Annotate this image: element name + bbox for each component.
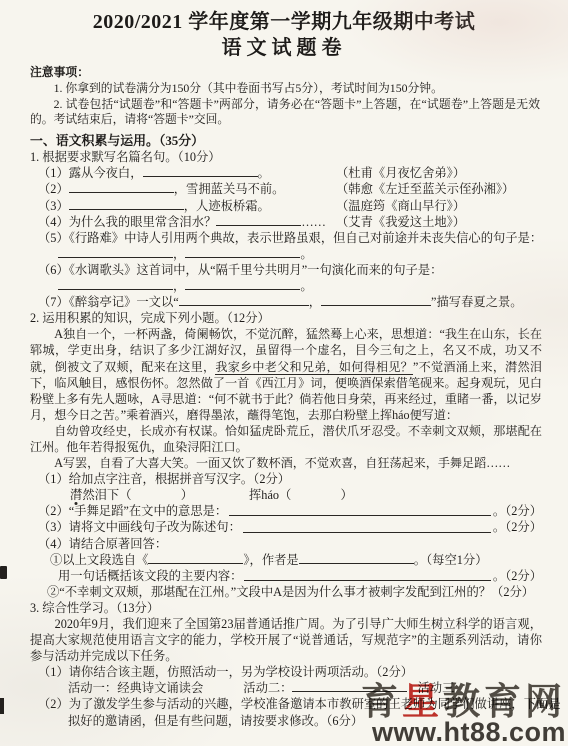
exam-paper-page: 2020/2021 学年度第一学期九年级期中考试 语文试题卷 注意事项： 1. …	[0, 0, 568, 746]
item-pre: （1）露从今夜白，	[38, 166, 143, 180]
answer-blank	[69, 198, 184, 210]
notice-heading: 注意事项：	[30, 65, 540, 81]
notice-block: 注意事项： 1. 你拿到的试卷满分为150分（其中卷面书写占5分），考试时间为1…	[30, 65, 540, 128]
dictation-item-5: （5）《行路难》中诗人引用两个典故，表示世路虽艰，但自己对前途并未丧失信心的句子…	[38, 230, 542, 246]
answer-blank	[321, 294, 431, 306]
paper-title-line2: 语文试题卷	[0, 35, 568, 62]
dictation-item-3: （3），人迹板桥霜。 （温庭筠《商山早行》）	[38, 198, 542, 214]
watermark-brand-star: 星	[402, 681, 443, 722]
site-watermark: 育星教育网 www.ht88.com	[361, 683, 566, 746]
item-pre: （3）请将文中画线句子改为陈述句：	[38, 519, 241, 535]
item-pre: 用一句话概括该文段的主要内容：	[58, 568, 242, 584]
answer-blank	[243, 532, 491, 533]
activity-2-label: 活动二：	[243, 681, 292, 695]
source-ref: （温庭筠《商山早行》）	[336, 198, 542, 214]
item-post: 。（2分）	[493, 568, 542, 584]
dictation-item-6: （6）《水调歌头》这首词中，从“隔千里兮共明月”一句演化而来的句子是：	[38, 262, 542, 278]
item-text: （3），人迹板桥霜。	[38, 198, 336, 214]
separator: ，	[173, 247, 185, 261]
answer-blank	[244, 580, 490, 581]
item-pre: （3）	[38, 199, 69, 213]
question-1-heading: 1. 根据要求默写名篇名句。（10分）	[30, 149, 542, 165]
dictation-item-4: （4）为什么我的眼里常含泪水？…… （艾青《我爱这土地》）	[38, 214, 542, 230]
answer-blank	[58, 278, 173, 290]
watermark-brand-pre: 育	[361, 681, 402, 722]
item-pre: （7）《醉翁亭记》一文以“	[38, 295, 179, 309]
item-pre: （2）	[38, 182, 69, 196]
period: 。	[300, 279, 312, 293]
watermark-url: www.ht88.com	[361, 719, 566, 746]
item-text: （1）露从今夜白，。	[38, 165, 336, 181]
notice-item-2: 2. 试卷包括“试题卷”和“答题卡”两部分，请务必在“答题卡”上答题，在“试题卷…	[30, 97, 540, 129]
q2-sub3: （3）请将文中画线句子改为陈述句：。（2分）	[38, 519, 542, 535]
notice-item-1: 1. 你拿到的试卷满分为150分（其中卷面书写占5分），考试时间为150分钟。	[30, 81, 540, 97]
passage-poem: 自幼曾攻经史，长成亦有权谋。恰如猛虎卧荒丘，潜伏爪牙忍受。不幸刺文双颊，那堪配在…	[30, 423, 542, 455]
paper-body: 一、语文积累与运用。（35分） 1. 根据要求默写名篇名句。（10分） （1）露…	[30, 133, 542, 728]
item-post: ，人迹板桥霜。	[184, 199, 270, 213]
q2-sub4-heading: （4）请结合原著回答：	[38, 536, 542, 552]
underlined-sentence: 我家乡中老父和兄弟，如何得相见？	[215, 360, 413, 375]
q3-sub2-line2: 拟好的邀请函，但是有些问题，请按要求修改。（6分）	[68, 714, 363, 728]
phrase-with-parens: 然泪下（ ）	[82, 488, 193, 502]
item-post: ，雪拥蓝关马不前。	[174, 182, 285, 196]
item-post: ”描写春夏之景。	[431, 295, 523, 309]
question-3-heading: 3. 综合性学习。（13分）	[30, 600, 542, 616]
item-post: 。	[258, 166, 270, 180]
watermark-brand: 育星教育网	[361, 683, 566, 720]
pinyin-exercise-line: 潸然泪下（ ）挥háo（ ）	[70, 487, 542, 503]
answer-blank	[143, 165, 258, 177]
answer-blank	[69, 181, 174, 193]
q2-sub4-part1: ①以上文段选自《》，作者是。（每空1分）	[50, 552, 542, 568]
passage-ending: A写罢，自看了大喜大笑。一面又饮了数杯酒，不觉欢喜，自狂荡起来，手舞足蹈……	[30, 455, 542, 471]
dictation-item-2: （2），雪拥蓝关马不前。 （韩愈《左迁至蓝关示侄孙湘》）	[38, 181, 542, 197]
answer-blank-row: ，。	[58, 278, 542, 294]
scan-artifact	[0, 698, 4, 714]
paper-title-line1: 2020/2021 学年度第一学期九年级期中考试	[0, 9, 568, 35]
reading-passage: A独自一个，一杯两盏，倚阑畅饮，不觉沉醉，猛然蓦上心来，思想道：“我生在山东，长…	[30, 326, 542, 423]
watermark-brand-post: 教育网	[443, 681, 566, 722]
item-post: 。（2分）	[493, 519, 542, 535]
question-2-heading: 2. 运用积累的知识，完成下列小题。（12分）	[30, 310, 542, 326]
answer-blank	[58, 246, 173, 258]
source-ref: （韩愈《左迁至蓝关示侄孙湘》）	[336, 181, 542, 197]
section-1-heading: 一、语文积累与运用。（35分）	[30, 133, 542, 149]
item-text: （4）为什么我的眼里常含泪水？……	[38, 214, 336, 230]
activity-1-label: 活动一：经典诗文诵读会	[68, 681, 203, 695]
dictation-item-7: （7）《醉翁亭记》一文以“，”描写春夏之景。	[38, 294, 542, 310]
q2-sub4-part1b: 用一句话概括该文段的主要内容：。（2分）	[58, 568, 542, 584]
answer-blank-row: ，。	[58, 246, 542, 262]
q3-intro-paragraph: 2020年9月，我们迎来了全国第23届普通话推广周。为了引导广大师生树立科学的语…	[30, 616, 542, 664]
answer-blank	[216, 214, 301, 226]
separator: ，	[173, 279, 185, 293]
item-text: （2），雪拥蓝关马不前。	[38, 181, 336, 197]
item-pre: （2）“手舞足蹈”在文中的意思是：	[38, 503, 227, 519]
item-post: 。（每空1分）	[414, 553, 488, 567]
scan-artifact	[0, 566, 7, 579]
answer-blank	[185, 278, 300, 290]
q2-sub4-part2: ②“不幸刺文双颊，那堪配在江州。”文段中A是因为什么事才被刺字发配到江州的？（2…	[47, 584, 542, 600]
answer-blank	[185, 246, 300, 258]
answer-blank	[179, 294, 309, 306]
answer-blank	[148, 552, 243, 564]
item-mid: 》，作者是	[243, 553, 298, 567]
answer-blank	[229, 515, 491, 516]
q3-sub1-heading: （1）请你结合该主题，仿照活动一，另为学校设计两项活动。（2分）	[38, 664, 542, 680]
paper-header: 2020/2021 学年度第一学期九年级期中考试 语文试题卷	[0, 0, 568, 62]
item-post: 。（2分）	[493, 503, 542, 519]
source-ref: （杜甫《月夜忆舍弟》）	[336, 165, 542, 181]
source-ref: （艾青《我爱这土地》）	[336, 214, 542, 230]
answer-blank	[299, 552, 414, 564]
dotted-character: 潸	[70, 487, 82, 503]
q2-sub2: （2）“手舞足蹈”在文中的意思是：。（2分）	[38, 503, 542, 519]
dictation-item-1: （1）露从今夜白，。 （杜甫《月夜忆舍弟》）	[38, 165, 542, 181]
period: 。	[300, 247, 312, 261]
item-post: ……	[301, 215, 326, 229]
separator: ，	[309, 295, 321, 309]
phrase-with-parens: 挥háo（ ）	[249, 488, 353, 502]
item-pre: ①以上文段选自《	[50, 553, 148, 567]
item-pre: （4）为什么我的眼里常含泪水？	[38, 215, 216, 229]
q2-sub1-heading: （1）给加点字注音，根据拼音写汉字。（2分）	[38, 471, 542, 487]
